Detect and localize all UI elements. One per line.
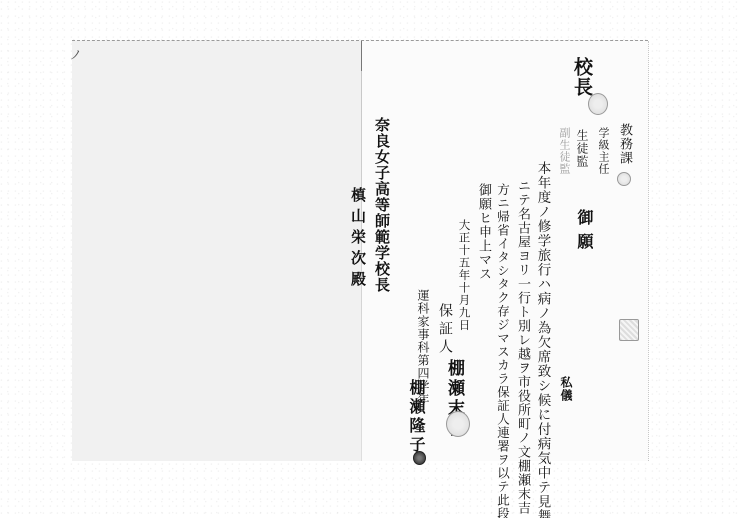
principal-label: 校長 xyxy=(572,57,591,97)
faint-stamp-column: 副生徒監 xyxy=(559,127,570,175)
square-seal xyxy=(619,319,639,341)
guarantor-seal xyxy=(446,411,470,437)
dormitory-supervisor: 生徒監 xyxy=(576,129,588,168)
body-line-4: 御願ヒ申上マス xyxy=(477,183,490,281)
student-seal xyxy=(413,451,426,465)
document-title: 御願 xyxy=(576,209,592,257)
side-note: 私儀 xyxy=(560,376,572,402)
addressee-name: 槙山栄次殿 xyxy=(350,187,365,292)
document-sheet: ﾉ 校長 教務課 学級主任 生徒監 副生徒監 御願 本年度ノ修学旅行ハ病ノ為欠席… xyxy=(72,40,648,461)
date: 大正十五年十月九日 xyxy=(458,219,470,332)
addressee-school: 奈良女子高等師範学校長 xyxy=(374,117,389,293)
guarantor-label: 保証人 xyxy=(438,303,452,357)
left-page xyxy=(72,41,362,461)
body-line-3: 方ニ帰省イタシタク存ジマスカラ保証人連署ヲ以テ此段 xyxy=(496,183,509,518)
affairs-section: 教務課 xyxy=(618,123,631,165)
body-line-1: 本年度ノ修学旅行ハ病ノ為欠席致シ候に付病気中テ見舞 xyxy=(535,161,549,518)
body-line-2: ニテ名古屋ヨリ一行ト別レ越ヲ市役所町ノ文棚瀬末吉 xyxy=(516,179,529,515)
affairs-seal xyxy=(617,172,631,186)
principal-seal xyxy=(588,93,608,115)
student-name: 棚瀬隆子 xyxy=(408,379,424,455)
student-supervisor: 学級主任 xyxy=(598,127,609,175)
